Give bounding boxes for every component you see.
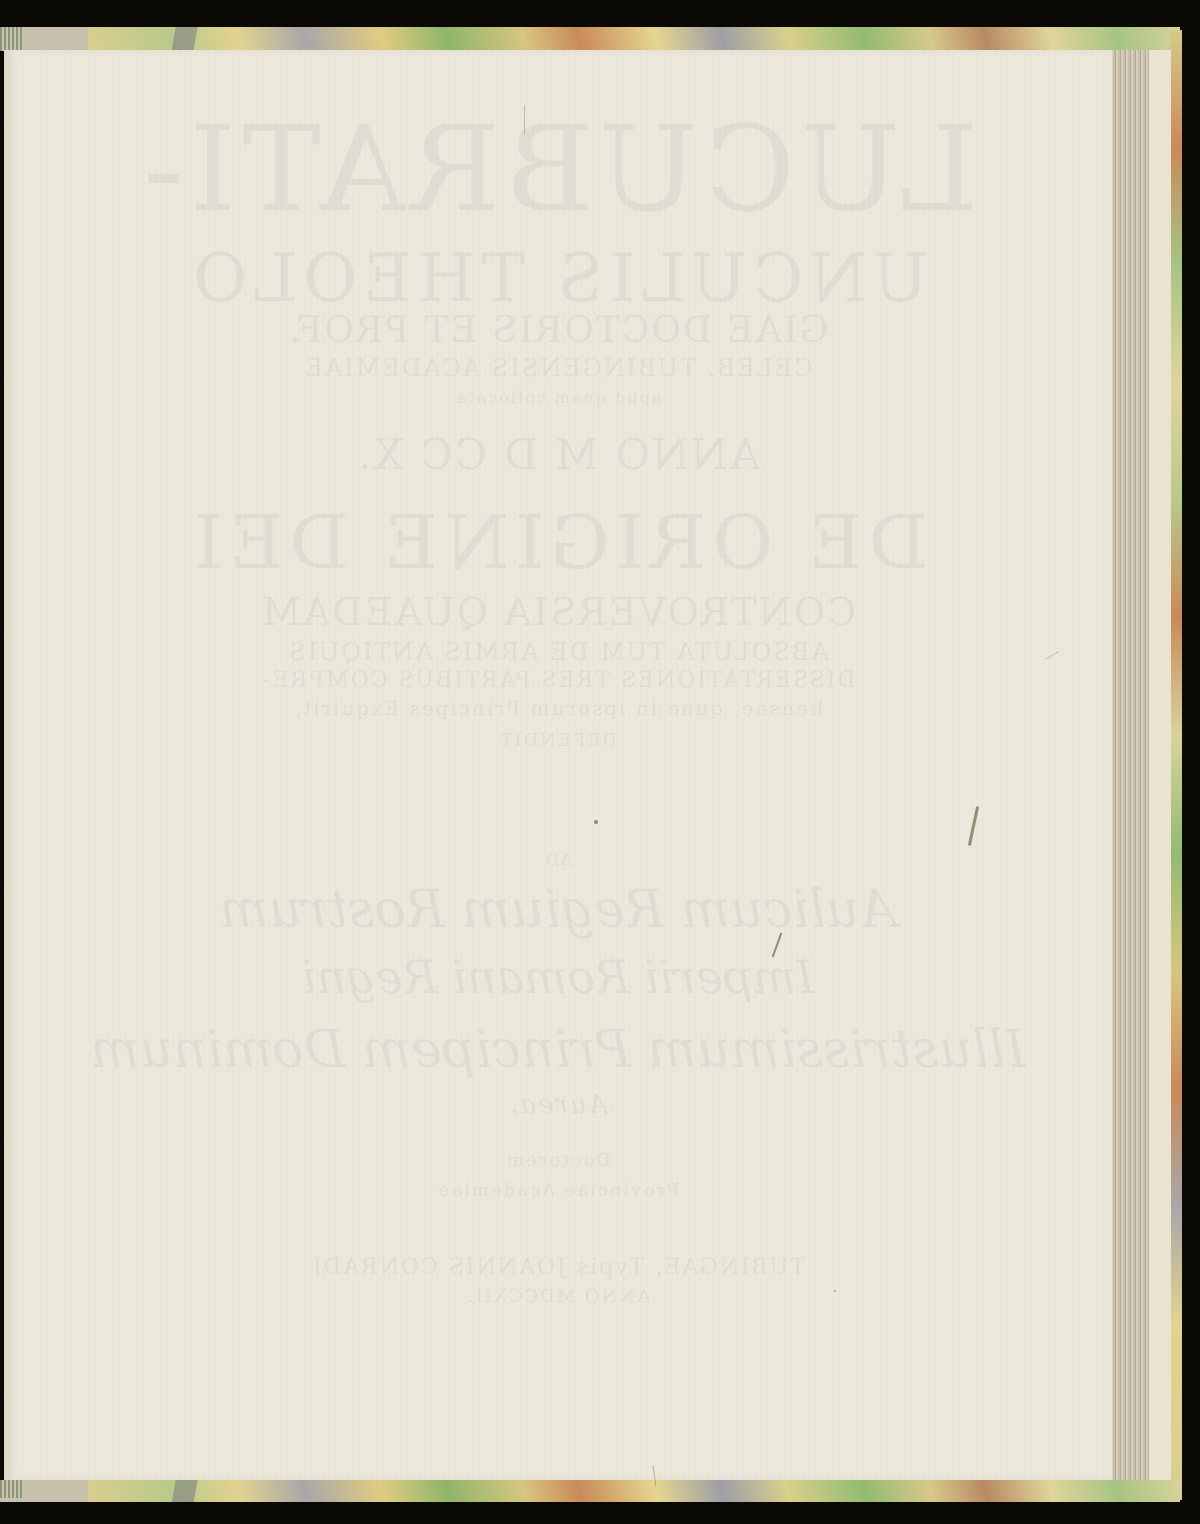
- ghost-line: Aulicum Regium Rostrum: [4, 880, 1112, 940]
- marbled-board-top-edge: [88, 27, 1180, 51]
- ghost-line: AD: [4, 850, 1112, 869]
- paper-fibre: [968, 806, 979, 846]
- ghost-line: apud quam collocata: [4, 388, 1112, 407]
- paper-speck: [834, 1290, 836, 1292]
- endpaper-page: LUCUBRATI- UNCULIS THEOLO GIAE DOCTORIS …: [4, 50, 1112, 1480]
- ghost-line: Provinciae Academiae: [4, 1180, 1112, 1201]
- ghost-line: Imperii Romani Regni: [4, 950, 1112, 1004]
- marbled-board-bottom-edge: [88, 1480, 1180, 1502]
- ghost-line: Doctorem: [4, 1150, 1112, 1171]
- page-block-fore-edge: [1108, 50, 1148, 1480]
- ghost-line: Illustrissimum Principem Dominum: [4, 1020, 1112, 1080]
- ghost-line: CELEB. TUBINGENSIS ACADEMIAE: [4, 354, 1112, 382]
- ghost-line: LUCUBRATI-: [4, 100, 1112, 238]
- ghost-line: ABSOLUTA TUM DE ARMIS ANTIQUIS: [4, 638, 1112, 666]
- ghost-line: DISSERTATIONES TRES PARTIBUS COMPRE-: [4, 668, 1112, 693]
- ghost-line: Aurea.: [4, 1090, 1112, 1120]
- spine-stitching-bottom: [0, 1480, 22, 1498]
- ghost-line: TUBINGAE, Typis JOANNIS CONRADI: [4, 1255, 1112, 1280]
- ghost-line: GIAE DOCTORIS ET PROF.: [4, 310, 1112, 351]
- ghost-line: hensae, quae in ipsorum Principes Exquir…: [4, 696, 1112, 720]
- ghost-line: ANNO M D CC X.: [4, 430, 1112, 479]
- paper-speck: [594, 820, 598, 824]
- ghost-line: UNCULIS THEOLO: [4, 240, 1112, 317]
- endpaper-edge: [1148, 50, 1171, 1480]
- ghost-line: DEFENDIT: [4, 730, 1112, 751]
- ghost-line: DE ORIGINE DEI: [4, 500, 1112, 586]
- marbled-board-right-edge: [1170, 30, 1182, 1500]
- paper-fibre: [524, 105, 525, 135]
- ghost-line: ANNO MDCCXII.: [4, 1286, 1112, 1307]
- spine-stitching-top: [0, 27, 22, 51]
- ghost-line: CONTROVERSIA QUAEDAM: [4, 590, 1112, 634]
